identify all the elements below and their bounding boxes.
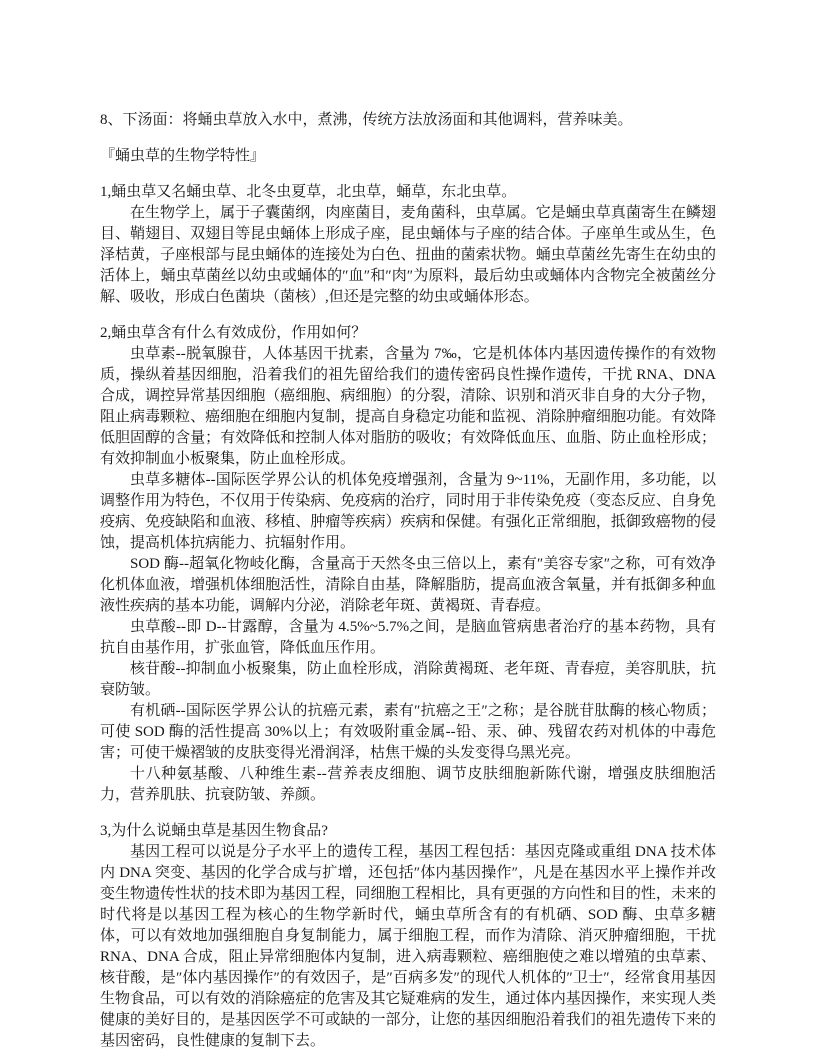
section-2-heading: 2,蛹虫草含有什么有效成份，作用如何？ bbox=[100, 323, 716, 344]
section-2-paragraph-organic-selenium: 有机硒--国际医学界公认的抗癌元素，素有″抗癌之王″之称；是谷胱苷肽酶的核心物质… bbox=[100, 701, 716, 764]
section-ingredients: 2,蛹虫草含有什么有效成份，作用如何？ 虫草素--脱氧腺苷，人体基因干扰素，含量… bbox=[100, 323, 716, 806]
section-gene-food: 3,为什么说蛹虫草是基因生物食品? 基因工程可以说是分子水平上的遗传工程，基因工… bbox=[100, 821, 716, 1052]
section-3-paragraph: 基因工程可以说是分子水平上的遗传工程，基因工程包括：基因克隆或重组 DNA 技术… bbox=[100, 842, 716, 1052]
document-title: 『蛹虫草的生物学特性』 bbox=[100, 146, 716, 167]
section-2-paragraph-cordycepin: 虫草素--脱氧腺苷，人体基因干扰素，含量为 7‰，它是机体体内基因遗传操作的有效… bbox=[100, 344, 716, 470]
section-2-paragraph-nucleotide: 核苷酸--抑制血小板聚集，防止血栓形成，消除黄褐斑、老年斑、青春痘，美容肌肤，抗… bbox=[100, 659, 716, 701]
section-2-paragraph-polysaccharide: 虫草多糖体--国际医学界公认的机体免疫增强剂，含量为 9~11%，无副作用，多功… bbox=[100, 470, 716, 554]
section-biology: 1,蛹虫草又名蛹虫草、北冬虫夏草，北虫草，蛹草，东北虫草。 在生物学上，属于子囊… bbox=[100, 182, 716, 308]
intro-line: 8、下汤面：将蛹虫草放入水中，煮沸，传统方法放汤面和其他调料，营养味美。 bbox=[100, 110, 716, 131]
section-1-paragraph: 在生物学上，属于子囊菌纲，肉座菌目，麦角菌科，虫草属。它是蛹虫草真菌寄生在鳞翅目… bbox=[100, 203, 716, 308]
section-2-paragraph-amino-acids: 十八种氨基酸、八种维生素--营养表皮细胞、调节皮肤细胞新陈代谢，增强皮肤细胞活力… bbox=[100, 764, 716, 806]
section-2-paragraph-cordycepic-acid: 虫草酸--即 D--甘露醇，含量为 4.5%~5.7%之间，是脑血管病患者治疗的… bbox=[100, 617, 716, 659]
section-3-heading: 3,为什么说蛹虫草是基因生物食品? bbox=[100, 821, 716, 842]
section-2-paragraph-sod-enzyme: SOD 酶--超氧化物岐化酶，含量高于天然冬虫三倍以上，素有″美容专家″之称，可… bbox=[100, 554, 716, 617]
section-1-heading: 1,蛹虫草又名蛹虫草、北冬虫夏草，北虫草，蛹草，东北虫草。 bbox=[100, 182, 716, 203]
document-page: 8、下汤面：将蛹虫草放入水中，煮沸，传统方法放汤面和其他调料，营养味美。 『蛹虫… bbox=[0, 0, 816, 1056]
